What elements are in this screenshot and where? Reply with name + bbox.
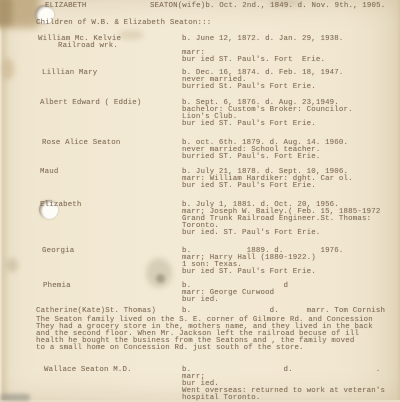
record-line: b. d. . bbox=[182, 367, 385, 374]
record-line: bur ied. bbox=[182, 297, 288, 304]
entry-details: b. d. . marr; bur ied. Went overseas: re… bbox=[182, 367, 385, 400]
ink-blot-dark bbox=[156, 274, 165, 283]
entry-name: Maud bbox=[40, 169, 58, 176]
scanned-genealogy-page: ELIZABETH SEATON(wife)b. Oct. 2nd., 1849… bbox=[0, 0, 400, 400]
record-line: hospital Toronto. bbox=[182, 395, 385, 400]
entry-details: b. d marr: George Curwood bur ied. bbox=[182, 283, 288, 304]
ink-blot bbox=[146, 258, 172, 288]
header-wife-name: ELIZABETH bbox=[45, 3, 87, 10]
smudge bbox=[118, 30, 144, 40]
header-wife-details: SEATON(wife)b. Oct. 2nd., 1849. d. Nov. … bbox=[150, 3, 385, 10]
record-line: bur ied ST. Paul's Fort Erie. bbox=[182, 269, 344, 276]
entry-details: b. June 12, 1872. d. Jan. 29, 1938. marr… bbox=[182, 36, 344, 64]
entry-details: b. oct. 6th. 1879. d. Aug. 14. 1960. nev… bbox=[182, 140, 348, 161]
entry-details: b. 1889. d. 1976. marr; Harry Hall (1880… bbox=[182, 248, 344, 276]
corner-stain-dark bbox=[0, 0, 12, 26]
entry-details: b. Dec. 16, 1874. d. Feb. 18, 1947. neve… bbox=[182, 70, 344, 91]
bottom-edge-mark bbox=[0, 394, 30, 400]
entry-name: Wallace Seaton M.D. bbox=[44, 367, 132, 374]
edge-stain bbox=[2, 58, 14, 80]
note-line: to a small home on Concession Rd. just s… bbox=[36, 345, 373, 352]
entry-occupation: Railroad wrk. bbox=[58, 43, 118, 50]
entry-details: b. Sept. 6, 1876. d. Aug. 23,1949. bache… bbox=[182, 100, 353, 128]
entry-name: Albert Edward ( Eddie) bbox=[40, 100, 142, 107]
section-title: Children of W.B. & Elizabeth Seaton::: bbox=[36, 20, 211, 27]
entry-name: Rose Alice Seaton bbox=[42, 140, 120, 147]
record-line: b. d. marr. Tom Cornish bbox=[182, 308, 385, 315]
corner-stain bbox=[0, 0, 40, 28]
record-line: bur ied. ST. Paul's Fort Erie. bbox=[182, 230, 380, 237]
entry-details: b. July 21, 1878. d. Sept. 10, 1906. mar… bbox=[182, 169, 353, 190]
edge-stain bbox=[6, 258, 18, 272]
record-line: b. June 12, 1872. d. Jan. 29, 1938. bbox=[182, 36, 344, 43]
record-line: bur ied ST. Paul's. Fort Erie. bbox=[182, 57, 344, 64]
record-line: burried St. Paul's Fort Erie. bbox=[182, 84, 344, 91]
entry-name: Phemia bbox=[43, 283, 71, 290]
entry-name: Georgia bbox=[42, 248, 74, 255]
entry-name: Lillian Mary bbox=[42, 70, 97, 77]
record-line bbox=[182, 43, 344, 50]
record-line: burried ST. Paul's. Fort Erie. bbox=[182, 154, 348, 161]
entry-name: Catherine(Kate)St. Thomas) bbox=[36, 308, 156, 315]
entry-details: b. d. marr. Tom Cornish bbox=[182, 308, 385, 315]
record-line: bur ied ST. Paul's Fort Erie. bbox=[182, 183, 353, 190]
entry-details: b. July 1, 1881. d. Oct. 20, 1956. marr;… bbox=[182, 202, 380, 237]
family-note: The Seaton family lived on the S. E. cor… bbox=[36, 317, 373, 352]
entry-name: Elizabeth bbox=[40, 202, 82, 209]
record-line: bur ied ST. Paul's Fort Erie. bbox=[182, 121, 353, 128]
